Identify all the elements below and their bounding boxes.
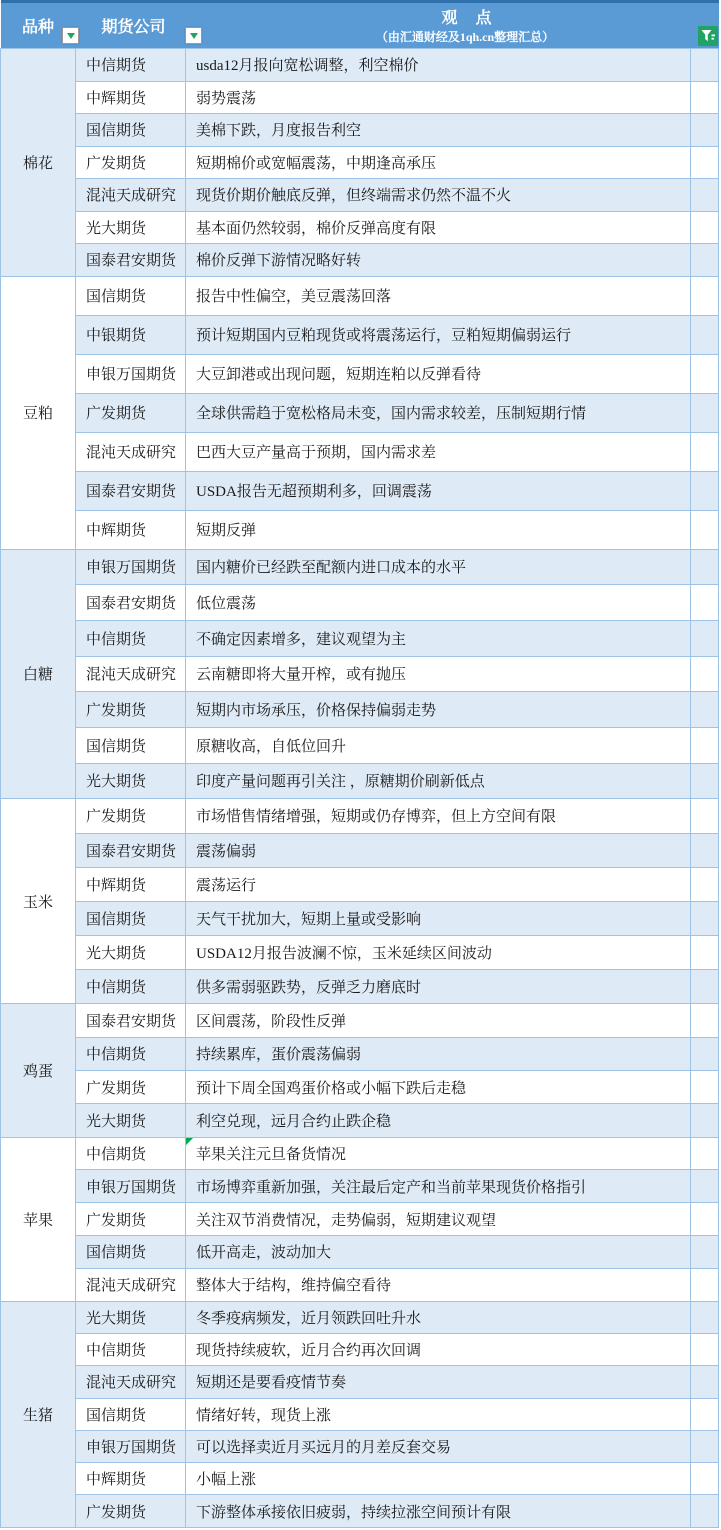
spacer-cell: [691, 901, 719, 935]
dropdown-arrow-icon: [67, 33, 75, 39]
table-row: 国信期货天气干扰加大，短期上量或受影响: [1, 901, 719, 935]
dropdown-arrow-icon: [190, 33, 198, 39]
variety-cell[interactable]: 豆粕: [1, 276, 76, 549]
spacer-cell: [691, 656, 719, 692]
company-cell[interactable]: 中信期货: [76, 620, 186, 656]
variety-cell[interactable]: 玉米: [1, 799, 76, 1004]
view-cell[interactable]: 可以选择卖近月买远月的月差反套交易: [186, 1430, 691, 1462]
table-row: 申银万国期货大豆卸港或出现问题，短期连粕以反弹看待: [1, 354, 719, 393]
table-row: 中辉期货震荡运行: [1, 867, 719, 901]
company-cell[interactable]: 国信期货: [76, 1236, 186, 1269]
spacer-cell: [691, 354, 719, 393]
variety-cell[interactable]: 白糖: [1, 549, 76, 799]
table-row: 中辉期货小幅上涨: [1, 1463, 719, 1495]
company-cell[interactable]: 国泰君安期货: [76, 471, 186, 510]
view-cell[interactable]: 下游整体承接依旧疲弱，持续拉涨空间预计有限: [186, 1495, 691, 1527]
company-cell[interactable]: 光大期货: [76, 1301, 186, 1333]
company-cell[interactable]: 中银期货: [76, 315, 186, 354]
company-cell[interactable]: 混沌天成研究: [76, 432, 186, 471]
company-cell[interactable]: 申银万国期货: [76, 1170, 186, 1203]
company-cell[interactable]: 中辉期货: [76, 510, 186, 549]
table-row: 光大期货USDA12月报告波澜不惊，玉米延续区间波动: [1, 936, 719, 970]
table-row: 国泰君安期货USDA报告无超预期利多，回调震荡: [1, 471, 719, 510]
table-row: 中信期货现货持续疲软，近月合约再次回调: [1, 1333, 719, 1365]
header-company-label: 期货公司: [101, 19, 165, 36]
filter-funnel-icon[interactable]: [698, 26, 718, 46]
company-cell[interactable]: 国信期货: [76, 727, 186, 763]
spacer-cell: [691, 1366, 719, 1398]
spacer-cell: [691, 146, 719, 179]
company-cell[interactable]: 中信期货: [76, 970, 186, 1004]
company-cell[interactable]: 混沌天成研究: [76, 1366, 186, 1398]
company-cell[interactable]: 国信期货: [76, 114, 186, 147]
company-cell[interactable]: 光大期货: [76, 211, 186, 244]
spacer-cell: [691, 1203, 719, 1236]
variety-cell[interactable]: 鸡蛋: [1, 1004, 76, 1137]
spacer-cell: [691, 1137, 719, 1170]
variety-cell[interactable]: 苹果: [1, 1137, 76, 1301]
company-cell[interactable]: 广发期货: [76, 146, 186, 179]
company-cell[interactable]: 中辉期货: [76, 81, 186, 114]
opinion-table: 品种 期货公司 观 点 （由汇通财经及1qh.cn整理汇总） 棉花中信期货usd…: [0, 0, 719, 1528]
company-cell[interactable]: 国泰君安期货: [76, 244, 186, 277]
table-row: 中银期货预计短期国内豆粕现货或将震荡运行，豆粕短期偏弱运行: [1, 315, 719, 354]
spacer-cell: [691, 585, 719, 621]
table-row: 国泰君安期货棉价反弹下游情况略好转: [1, 244, 719, 277]
view-cell[interactable]: 美棉下跌，月度报告利空: [186, 114, 691, 147]
view-cell[interactable]: usda12月报向宽松调整，利空棉价: [186, 49, 691, 82]
table-row: 混沌天成研究云南糖即将大量开榨，或有抛压: [1, 656, 719, 692]
view-cell[interactable]: 震荡偏弱: [186, 833, 691, 867]
view-cell[interactable]: 全球供需趋于宽松格局未变，国内需求较差，压制短期行情: [186, 393, 691, 432]
view-cell[interactable]: 现货价期价触底反弹，但终端需求仍然不温不火: [186, 179, 691, 212]
spacer-cell: [691, 276, 719, 315]
table-row: 国信期货美棉下跌，月度报告利空: [1, 114, 719, 147]
view-cell[interactable]: 报告中性偏空，美豆震荡回落: [186, 276, 691, 315]
view-cell[interactable]: 云南糖即将大量开榨，或有抛压: [186, 656, 691, 692]
table-row: 豆粕国信期货报告中性偏空，美豆震荡回落: [1, 276, 719, 315]
table-row: 光大期货利空兑现，远月合约止跌企稳: [1, 1104, 719, 1137]
company-cell[interactable]: 广发期货: [76, 799, 186, 833]
spacer-cell: [691, 1104, 719, 1137]
table-row: 光大期货基本面仍然较弱，棉价反弹高度有限: [1, 211, 719, 244]
view-cell[interactable]: 短期反弹: [186, 510, 691, 549]
spacer-cell: [691, 1430, 719, 1462]
spacer-cell: [691, 1236, 719, 1269]
table-row: 中信期货持续累库，蛋价震荡偏弱: [1, 1037, 719, 1070]
table-row: 苹果中信期货苹果关注元旦备货情况: [1, 1137, 719, 1170]
spacer-cell: [691, 432, 719, 471]
view-cell[interactable]: 预计短期国内豆粕现货或将震荡运行，豆粕短期偏弱运行: [186, 315, 691, 354]
table-row: 国信期货低开高走，波动加大: [1, 1236, 719, 1269]
view-cell[interactable]: 短期棉价或宽幅震荡，中期逢高承压: [186, 146, 691, 179]
view-cell[interactable]: 印度产量问题再引关注 ，原糖期价刷新低点: [186, 763, 691, 799]
company-cell[interactable]: 中信期货: [76, 1037, 186, 1070]
table-row: 国泰君安期货低位震荡: [1, 585, 719, 621]
spacer-cell: [691, 471, 719, 510]
variety-filter-button[interactable]: [62, 27, 79, 44]
spacer-cell: [691, 1004, 719, 1037]
view-cell[interactable]: 情绪好转，现货上涨: [186, 1398, 691, 1430]
table-row: 中信期货供多需弱驱跌势，反弹乏力磨底时: [1, 970, 719, 1004]
view-cell[interactable]: 大豆卸港或出现问题，短期连粕以反弹看待: [186, 354, 691, 393]
table-row: 广发期货短期棉价或宽幅震荡，中期逢高承压: [1, 146, 719, 179]
spacer-cell: [691, 763, 719, 799]
spacer-cell: [691, 315, 719, 354]
view-cell[interactable]: 低位震荡: [186, 585, 691, 621]
table-row: 国信期货情绪好转，现货上涨: [1, 1398, 719, 1430]
company-cell[interactable]: 混沌天成研究: [76, 1268, 186, 1301]
view-cell[interactable]: 区间震荡，阶段性反弹: [186, 1004, 691, 1037]
company-cell[interactable]: 中辉期货: [76, 1463, 186, 1495]
table-body: 棉花中信期货usda12月报向宽松调整，利空棉价中辉期货弱势震荡国信期货美棉下跌…: [1, 49, 719, 1528]
company-cell[interactable]: 中辉期货: [76, 867, 186, 901]
company-cell[interactable]: 广发期货: [76, 692, 186, 728]
company-cell[interactable]: 国信期货: [76, 276, 186, 315]
table-row: 中信期货不确定因素增多，建议观望为主: [1, 620, 719, 656]
company-cell[interactable]: 国泰君安期货: [76, 585, 186, 621]
table-header: 品种 期货公司 观 点 （由汇通财经及1qh.cn整理汇总）: [1, 2, 719, 49]
table-row: 鸡蛋国泰君安期货区间震荡，阶段性反弹: [1, 1004, 719, 1037]
view-cell[interactable]: 市场惜售情绪增强，短期或仍存博弈，但上方空间有限: [186, 799, 691, 833]
spacer-cell: [691, 692, 719, 728]
view-cell[interactable]: 持续累库，蛋价震荡偏弱: [186, 1037, 691, 1070]
table-row: 混沌天成研究巴西大豆产量高于预期，国内需求差: [1, 432, 719, 471]
view-cell[interactable]: 整体大于结构，维持偏空看待: [186, 1268, 691, 1301]
variety-cell[interactable]: 棉花: [1, 49, 76, 277]
company-cell[interactable]: 光大期货: [76, 936, 186, 970]
spacer-cell: [691, 1333, 719, 1365]
spacer-cell: [691, 211, 719, 244]
header-company: 期货公司: [76, 2, 186, 49]
table-row: 光大期货印度产量问题再引关注 ，原糖期价刷新低点: [1, 763, 719, 799]
company-cell[interactable]: 中信期货: [76, 1137, 186, 1170]
spacer-cell: [691, 1301, 719, 1333]
view-cell[interactable]: 原糖收高，自低位回升: [186, 727, 691, 763]
spacer-cell: [691, 620, 719, 656]
table-row: 广发期货全球供需趋于宽松格局未变，国内需求较差，压制短期行情: [1, 393, 719, 432]
view-cell[interactable]: 供多需弱驱跌势，反弹乏力磨底时: [186, 970, 691, 1004]
view-cell[interactable]: 冬季疫病频发，近月领跌回吐升水: [186, 1301, 691, 1333]
spacer-cell: [691, 1071, 719, 1104]
header-row: 品种 期货公司 观 点 （由汇通财经及1qh.cn整理汇总）: [1, 2, 719, 49]
company-cell[interactable]: 国泰君安期货: [76, 833, 186, 867]
view-cell[interactable]: 震荡运行: [186, 867, 691, 901]
error-indicator-icon: [186, 1138, 193, 1145]
spacer-cell: [691, 867, 719, 901]
company-cell[interactable]: 混沌天成研究: [76, 656, 186, 692]
view-cell[interactable]: 国内糖价已经跌至配额内进口成本的水平: [186, 549, 691, 585]
company-cell[interactable]: 中信期货: [76, 49, 186, 82]
company-cell[interactable]: 申银万国期货: [76, 354, 186, 393]
view-cell[interactable]: 棉价反弹下游情况略好转: [186, 244, 691, 277]
view-cell[interactable]: 苹果关注元旦备货情况: [186, 1137, 691, 1170]
company-cell[interactable]: 国泰君安期货: [76, 1004, 186, 1037]
company-cell[interactable]: 广发期货: [76, 1203, 186, 1236]
company-cell[interactable]: 广发期货: [76, 1071, 186, 1104]
table-row: 广发期货预计下周全国鸡蛋价格或小幅下跌后走稳: [1, 1071, 719, 1104]
view-cell[interactable]: 天气干扰加大，短期上量或受影响: [186, 901, 691, 935]
view-cell[interactable]: 市场博弈重新加强，关注最后定产和当前苹果现货价格指引: [186, 1170, 691, 1203]
viewpoint-subtitle: （由汇通财经及1qh.cn整理汇总）: [186, 29, 719, 46]
header-viewpoint: 观 点 （由汇通财经及1qh.cn整理汇总）: [186, 2, 719, 49]
view-cell[interactable]: 预计下周全国鸡蛋价格或小幅下跌后走稳: [186, 1071, 691, 1104]
view-cell[interactable]: 基本面仍然较弱，棉价反弹高度有限: [186, 211, 691, 244]
view-cell[interactable]: USDA报告无超预期利多，回调震荡: [186, 471, 691, 510]
view-cell[interactable]: 弱势震荡: [186, 81, 691, 114]
spacer-cell: [691, 179, 719, 212]
funnel-glyph: [700, 28, 716, 44]
spacer-cell: [691, 833, 719, 867]
spacer-cell: [691, 114, 719, 147]
company-cell[interactable]: 广发期货: [76, 1495, 186, 1527]
table-row: 广发期货关注双节消费情况，走势偏弱，短期建议观望: [1, 1203, 719, 1236]
table-row: 中辉期货弱势震荡: [1, 81, 719, 114]
table-row: 混沌天成研究现货价期价触底反弹，但终端需求仍然不温不火: [1, 179, 719, 212]
view-cell[interactable]: 短期内市场承压，价格保持偏弱走势: [186, 692, 691, 728]
spacer-cell: [691, 244, 719, 277]
company-cell[interactable]: 中信期货: [76, 1333, 186, 1365]
company-cell[interactable]: 光大期货: [76, 1104, 186, 1137]
spacer-cell: [691, 49, 719, 82]
company-cell[interactable]: 申银万国期货: [76, 549, 186, 585]
table-row: 混沌天成研究整体大于结构，维持偏空看待: [1, 1268, 719, 1301]
table-row: 棉花中信期货usda12月报向宽松调整，利空棉价: [1, 49, 719, 82]
view-cell[interactable]: 不确定因素增多，建议观望为主: [186, 620, 691, 656]
table-row: 白糖申银万国期货国内糖价已经跌至配额内进口成本的水平: [1, 549, 719, 585]
company-cell[interactable]: 广发期货: [76, 393, 186, 432]
spacer-cell: [691, 393, 719, 432]
spacer-cell: [691, 936, 719, 970]
view-cell[interactable]: 利空兑现，远月合约止跌企稳: [186, 1104, 691, 1137]
table-row: 混沌天成研究短期还是要看疫情节奏: [1, 1366, 719, 1398]
table-row: 广发期货下游整体承接依旧疲弱，持续拉涨空间预计有限: [1, 1495, 719, 1527]
spacer-cell: [691, 1495, 719, 1527]
spacer-cell: [691, 1170, 719, 1203]
spacer-cell: [691, 549, 719, 585]
spacer-cell: [691, 81, 719, 114]
header-variety-label: 品种: [22, 19, 54, 36]
company-cell[interactable]: 混沌天成研究: [76, 179, 186, 212]
view-cell[interactable]: 巴西大豆产量高于预期，国内需求差: [186, 432, 691, 471]
spacer-cell: [691, 970, 719, 1004]
spacer-cell: [691, 1463, 719, 1495]
table-row: 中辉期货短期反弹: [1, 510, 719, 549]
variety-cell[interactable]: 生猪: [1, 1301, 76, 1527]
company-filter-button[interactable]: [185, 27, 202, 44]
view-cell[interactable]: 关注双节消费情况，走势偏弱，短期建议观望: [186, 1203, 691, 1236]
table-row: 国泰君安期货震荡偏弱: [1, 833, 719, 867]
spreadsheet-screenshot: 品种 期货公司 观 点 （由汇通财经及1qh.cn整理汇总） 棉花中信期货usd…: [0, 0, 721, 1530]
view-cell[interactable]: 低开高走，波动加大: [186, 1236, 691, 1269]
spacer-cell: [691, 799, 719, 833]
spacer-cell: [691, 1037, 719, 1070]
spacer-cell: [691, 1268, 719, 1301]
table-row: 玉米广发期货市场惜售情绪增强，短期或仍存博弈，但上方空间有限: [1, 799, 719, 833]
table-row: 生猪光大期货冬季疫病频发，近月领跌回吐升水: [1, 1301, 719, 1333]
table-row: 广发期货短期内市场承压，价格保持偏弱走势: [1, 692, 719, 728]
company-cell[interactable]: 光大期货: [76, 763, 186, 799]
viewpoint-title: 观 点: [186, 6, 719, 29]
table-row: 申银万国期货市场博弈重新加强，关注最后定产和当前苹果现货价格指引: [1, 1170, 719, 1203]
spacer-cell: [691, 727, 719, 763]
view-cell[interactable]: USDA12月报告波澜不惊，玉米延续区间波动: [186, 936, 691, 970]
spacer-cell: [691, 510, 719, 549]
table-row: 申银万国期货可以选择卖近月买远月的月差反套交易: [1, 1430, 719, 1462]
spacer-cell: [691, 1398, 719, 1430]
view-cell[interactable]: 现货持续疲软，近月合约再次回调: [186, 1333, 691, 1365]
view-cell[interactable]: 短期还是要看疫情节奏: [186, 1366, 691, 1398]
table-row: 国信期货原糖收高，自低位回升: [1, 727, 719, 763]
company-cell[interactable]: 国信期货: [76, 1398, 186, 1430]
company-cell[interactable]: 申银万国期货: [76, 1430, 186, 1462]
view-cell[interactable]: 小幅上涨: [186, 1463, 691, 1495]
company-cell[interactable]: 国信期货: [76, 901, 186, 935]
